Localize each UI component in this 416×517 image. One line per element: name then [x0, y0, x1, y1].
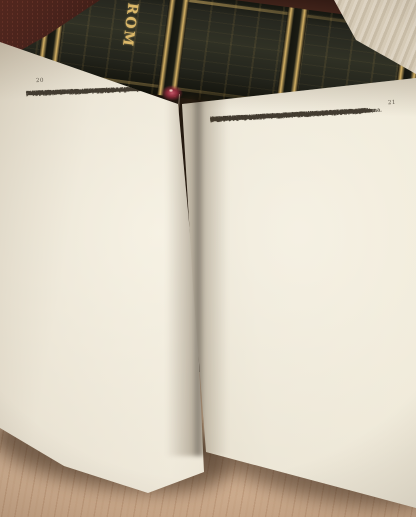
- photo-open-book: ROM 20 — Che ne dite?Non rispondeva: io …: [0, 0, 416, 517]
- right-page-number: 21: [388, 100, 396, 106]
- gutter-shadow: [166, 96, 228, 456]
- left-page-number: 20: [36, 78, 44, 84]
